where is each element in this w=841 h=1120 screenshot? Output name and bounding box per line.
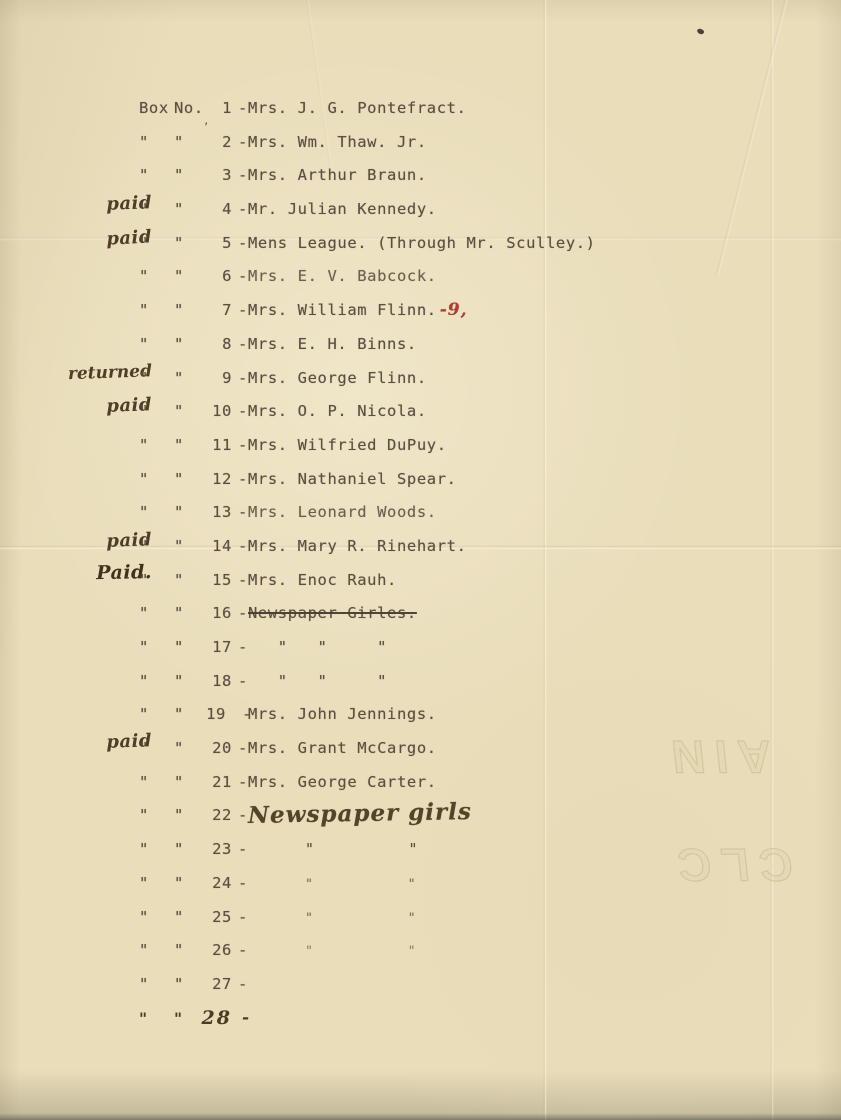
handwritten-ditto-mark: " — [306, 840, 314, 858]
box-number: 6 — [190, 260, 232, 294]
box-number: 21 — [190, 766, 232, 800]
handwritten-ditto-mark: " — [306, 877, 313, 892]
box-number: 28 — [190, 1002, 232, 1036]
ditto-mark: " — [174, 867, 184, 901]
dash-separator: - — [238, 227, 248, 261]
box-number: 22 — [190, 799, 232, 833]
column-label-box: Box — [139, 92, 169, 126]
box-number: 27 — [190, 968, 232, 1002]
box-number: 25 — [190, 901, 232, 935]
ditto-mark: " — [139, 833, 149, 867]
list-item: ""22-Newspaper girls — [0, 799, 841, 833]
box-holder-name: " " " — [248, 631, 387, 665]
list-item: paid""10-Mrs. O. P. Nicola. — [0, 395, 841, 429]
dash-separator: - — [238, 766, 248, 800]
annotation-paid: paid — [51, 220, 153, 259]
ditto-mark: " — [139, 665, 149, 699]
ditto-mark: " — [174, 665, 184, 699]
ditto-mark: " — [174, 799, 184, 833]
box-holder-name: Mrs. Mary R. Rinehart. — [248, 530, 467, 564]
box-number: 18 — [190, 665, 232, 699]
dash-separator: - — [238, 597, 248, 631]
box-holder-name: Mrs. George Carter. — [248, 766, 437, 800]
ditto-mark: " — [139, 463, 149, 497]
box-number: 2 — [190, 126, 232, 160]
ditto-mark: " — [174, 698, 184, 732]
box-number: 20 — [190, 732, 232, 766]
ditto-mark: " — [174, 362, 184, 396]
handwritten-ditto-mark: " — [409, 911, 416, 926]
box-holder-name: " " " — [248, 665, 387, 699]
dash-separator: - — [238, 429, 248, 463]
box-number: 15 — [190, 564, 232, 598]
list-item: ""11-Mrs. Wilfried DuPuy. — [0, 429, 841, 463]
list-item: ""2-Mrs. Wm. Thaw. Jr. — [0, 126, 841, 160]
ditto-mark: " — [174, 833, 184, 867]
paper-bottom-edge — [0, 1113, 841, 1120]
ditto-mark: " — [174, 732, 184, 766]
annotation-paid: paid — [51, 523, 152, 560]
list-item: paid""5-Mens League. (Through Mr. Sculle… — [0, 227, 841, 261]
box-holder-name: Mrs. J. G. Pontefract. — [248, 92, 467, 126]
annotation-paid: Paid. — [52, 556, 153, 591]
dash-separator: - — [238, 294, 248, 328]
ditto-mark: " — [174, 260, 184, 294]
dash-separator: - — [238, 463, 248, 497]
ditto-mark: " — [139, 227, 149, 261]
ditto-mark: " — [139, 766, 149, 800]
list-item: ""27- — [0, 968, 841, 1002]
box-holder-name: Mrs. Enoc Rauh. — [248, 564, 397, 598]
box-holder-name: Mrs. O. P. Nicola. — [248, 395, 427, 429]
box-number: 11 — [190, 429, 232, 463]
list-item: ""25-"" — [0, 901, 841, 935]
box-number: 5 — [190, 227, 232, 261]
box-holder-name: Mrs. Arthur Braun. — [248, 159, 427, 193]
ditto-mark: " — [174, 597, 184, 631]
dash-separator: - — [238, 901, 248, 935]
dash-separator: - — [238, 968, 248, 1002]
box-number: 13 — [190, 496, 232, 530]
list-item: ""16-Newspaper Girles. — [0, 597, 841, 631]
dash-separator: - — [238, 665, 248, 699]
ditto-mark: " — [174, 631, 184, 665]
box-number: 16 — [190, 597, 232, 631]
dash-separator: - — [238, 328, 248, 362]
box-holder-name: Mrs. John Jennings. — [248, 698, 437, 732]
box-holder-name: Mens League. (Through Mr. Sculley.) — [248, 227, 596, 261]
annotation-paid: paid — [51, 388, 152, 425]
handwritten-ditto-mark: " — [409, 877, 416, 892]
ditto-mark: " — [174, 564, 184, 598]
annotation-returned: returned — [51, 355, 152, 392]
ditto-mark: " — [139, 732, 149, 766]
list-item: ""6-Mrs. E. V. Babcock. — [0, 260, 841, 294]
box-holder-name: "" — [248, 833, 417, 867]
box-holder-name: Mrs. Grant McCargo. — [248, 732, 437, 766]
ditto-mark: " — [174, 429, 184, 463]
ditto-mark: " — [174, 496, 184, 530]
box-holder-name: Mrs. E. V. Babcock. — [248, 260, 437, 294]
dash-separator: - — [238, 732, 248, 766]
list-item: ""24-"" — [0, 867, 841, 901]
ditto-mark: " — [139, 395, 149, 429]
ditto-mark: " — [174, 934, 184, 968]
box-holder-name: "" — [248, 867, 415, 902]
ditto-mark: " — [139, 901, 149, 935]
box-number: 26 — [190, 934, 232, 968]
ditto-mark: " — [174, 126, 184, 160]
ink-speck — [696, 28, 704, 35]
ditto-mark: " — [174, 463, 184, 497]
box-number: 9 — [190, 362, 232, 396]
ditto-mark: " — [174, 901, 184, 935]
scanned-paper-page: AIN CLC BoxNo.1-Mrs. J. G. Pontefract.,"… — [0, 0, 841, 1120]
ditto-mark: " — [174, 227, 184, 261]
list-item: ""23-"" — [0, 833, 841, 867]
dash-separator: - — [238, 934, 248, 968]
list-item: paid""20-Mrs. Grant McCargo. — [0, 732, 841, 766]
ditto-mark: " — [139, 260, 149, 294]
handwritten-ditto-mark: " — [306, 944, 313, 959]
box-holder-name: Mr. Julian Kennedy. — [248, 193, 437, 227]
ditto-mark: " — [139, 867, 149, 901]
ditto-mark: " — [174, 968, 184, 1002]
box-holder-name: Mrs. Nathaniel Spear. — [248, 463, 457, 497]
list-item: ""21-Mrs. George Carter. — [0, 766, 841, 800]
ditto-mark: " — [174, 328, 184, 362]
list-item: ""12-Mrs. Nathaniel Spear. — [0, 463, 841, 497]
box-number: 4 — [190, 193, 232, 227]
dash-separator: - — [238, 631, 248, 665]
dash-separator: - — [238, 564, 248, 598]
list-item: ""7-Mrs. William Flinn.-9, — [0, 294, 841, 328]
ditto-mark: " — [174, 530, 184, 564]
ditto-mark: " — [139, 564, 149, 598]
handwritten-ditto-mark: " — [409, 944, 416, 959]
list-item: BoxNo.1-Mrs. J. G. Pontefract., — [0, 92, 841, 126]
box-subscription-list: BoxNo.1-Mrs. J. G. Pontefract.,""2-Mrs. … — [0, 92, 841, 1035]
dash-separator: - — [242, 1002, 249, 1036]
box-number: 19 — [184, 698, 226, 732]
box-holder-name: Mrs. William Flinn.-9, — [248, 294, 468, 328]
box-number: 8 — [190, 328, 232, 362]
red-ink-annotation: -9, — [440, 300, 468, 320]
ditto-mark: " — [139, 631, 149, 665]
ditto-mark: " — [139, 799, 149, 833]
dash-separator: - — [238, 496, 248, 530]
ditto-mark: " — [139, 934, 149, 968]
box-number: 17 — [190, 631, 232, 665]
box-holder-name-handwritten: Newspaper girls — [248, 795, 472, 833]
box-number: 12 — [190, 463, 232, 497]
handwritten-ditto-mark: " — [410, 840, 418, 858]
box-holder-name: Mrs. Wm. Thaw. Jr. — [248, 126, 427, 160]
dash-separator: - — [238, 530, 248, 564]
ditto-mark: " — [174, 294, 184, 328]
ditto-mark: " — [139, 294, 149, 328]
box-number: 23 — [190, 833, 232, 867]
box-holder-name: Mrs. George Flinn. — [248, 362, 427, 396]
box-holder-name: Mrs. Wilfried DuPuy. — [248, 429, 447, 463]
box-number: 10 — [190, 395, 232, 429]
box-number: 7 — [190, 294, 232, 328]
ditto-mark: " — [139, 126, 149, 160]
annotation-paid: paid — [51, 724, 152, 761]
dash-separator: - — [238, 867, 248, 901]
ditto-mark: " — [174, 1002, 183, 1036]
box-number: 1 — [190, 92, 232, 126]
ditto-mark: " — [174, 766, 184, 800]
box-holder-name: Newspaper Girles. — [248, 597, 417, 631]
dash-separator: - — [238, 395, 248, 429]
list-item: ""28- — [0, 1002, 841, 1036]
dash-separator: - — [238, 193, 248, 227]
box-number: 3 — [190, 159, 232, 193]
list-item: ""17- " " " — [0, 631, 841, 665]
box-holder-name: Mrs. Leonard Woods. — [248, 496, 437, 530]
dash-separator: - — [238, 833, 248, 867]
dash-separator: - — [238, 126, 248, 160]
ditto-mark: " — [139, 597, 149, 631]
annotation-paid: paid — [51, 186, 152, 223]
box-holder-name: "" — [248, 934, 415, 969]
list-item: ""18- " " " — [0, 665, 841, 699]
ditto-mark: " — [139, 429, 149, 463]
dash-separator: - — [238, 260, 248, 294]
ditto-mark: " — [174, 159, 184, 193]
box-number: 14 — [190, 530, 232, 564]
ditto-mark: " — [139, 1002, 148, 1036]
handwritten-ditto-mark: " — [306, 911, 313, 926]
dash-separator: - — [238, 92, 248, 126]
box-number: 24 — [190, 867, 232, 901]
list-item: Paid.""15-Mrs. Enoc Rauh. — [0, 564, 841, 598]
dash-separator: - — [238, 362, 248, 396]
dash-separator: - — [238, 159, 248, 193]
box-holder-name: Mrs. E. H. Binns. — [248, 328, 417, 362]
ditto-mark: " — [139, 968, 149, 1002]
dash-separator: - — [238, 799, 248, 833]
box-holder-name: "" — [248, 901, 415, 936]
list-item: ""26-"" — [0, 934, 841, 968]
ditto-mark: " — [174, 395, 184, 429]
ditto-mark: " — [174, 193, 184, 227]
